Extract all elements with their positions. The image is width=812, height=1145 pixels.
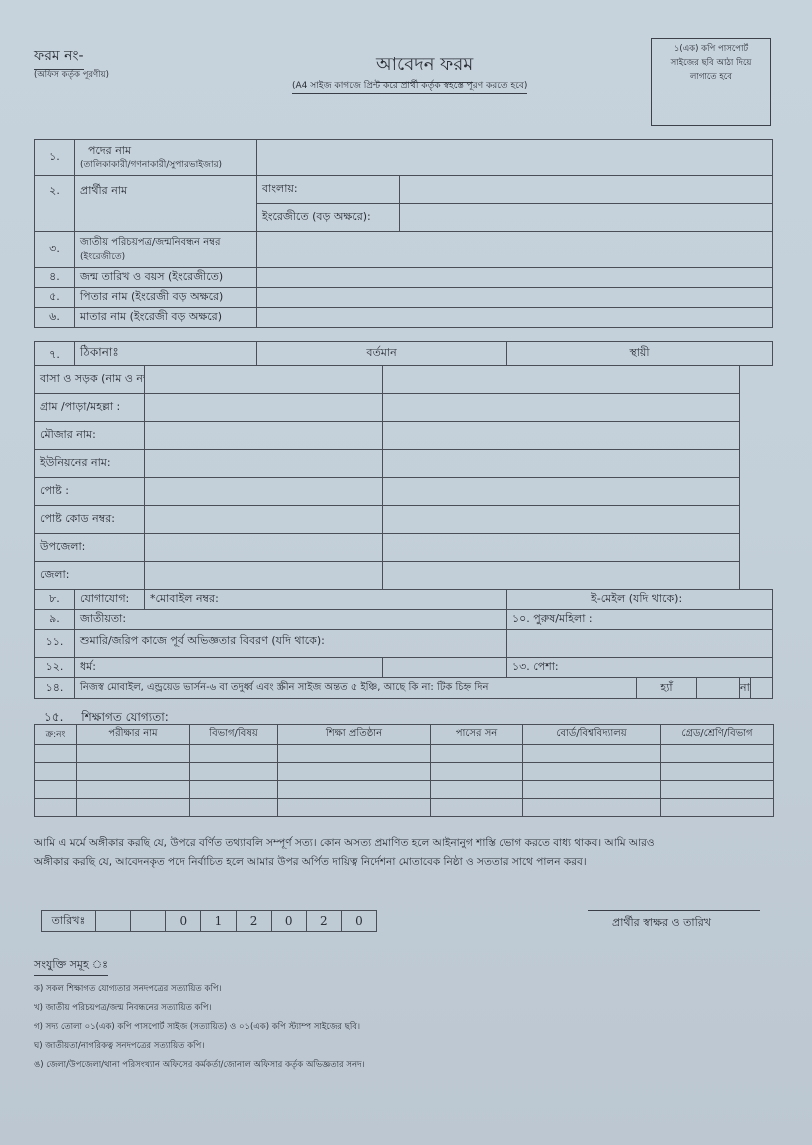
- experience-label: শুমারি/জরিপ কাজে পূর্ব অভিজ্ঞতার বিবরণ (…: [75, 630, 507, 658]
- table-cell[interactable]: [35, 799, 77, 817]
- address-row: উপজেলা:: [35, 534, 773, 562]
- signature-line[interactable]: [588, 910, 760, 911]
- date-row: তারিখঃ 012020: [42, 911, 377, 932]
- present-address-field[interactable]: [145, 450, 383, 478]
- gender-field[interactable]: ১০. পুরুষ/মহিলা :: [507, 610, 773, 630]
- english-name-label: ইংরেজীতে (বড় অক্ষরে):: [257, 204, 400, 232]
- date-digit-box[interactable]: 0: [166, 911, 201, 932]
- personal-info-table: ১. পদের নাম (তালিকাকারী/গণনাকারী/সুপারভা…: [34, 139, 773, 328]
- address-row: জেলা:: [35, 562, 773, 590]
- table-cell[interactable]: [77, 781, 190, 799]
- father-name-label: পিতার নাম (ইংরেজী বড় অক্ষরে): [75, 288, 257, 308]
- table-cell[interactable]: [278, 745, 431, 763]
- row-number: ৩.: [35, 232, 75, 268]
- date-digit-box[interactable]: [131, 911, 166, 932]
- table-cell[interactable]: [35, 763, 77, 781]
- attachment-item: ক) সকল শিক্ষাগত যোগ্যতার সনদপত্রের সত্যা…: [34, 982, 222, 996]
- bangla-name-label: বাংলায়:: [257, 176, 400, 204]
- table-row: [35, 745, 774, 763]
- nationality-field[interactable]: জাতীয়তা:: [75, 610, 507, 630]
- dob-label: জন্ম তারিখ ও বয়স (ইংরেজীতে): [75, 268, 257, 288]
- row-number: ১২.: [35, 658, 75, 678]
- photo-box-text-2: সাইজের ছবি আঠা দিয়ে: [652, 56, 770, 70]
- table-cell[interactable]: [190, 799, 278, 817]
- applicant-name-label: প্রার্থীর নাম: [75, 176, 257, 232]
- row-contact: ৮. যোগাযোগ: *মোবাইল নম্বর: ই-মেইল (যদি থ…: [35, 590, 773, 610]
- present-address-field[interactable]: [145, 534, 383, 562]
- table-row: [35, 799, 774, 817]
- address-label: ঠিকানাঃ: [75, 342, 257, 366]
- table-cell[interactable]: [190, 781, 278, 799]
- mother-name-field[interactable]: [257, 308, 773, 328]
- religion-label: ধর্ম:: [80, 660, 96, 673]
- row-applicant-name: ২. প্রার্থীর নাম বাংলায়:: [35, 176, 773, 204]
- permanent-address-field[interactable]: [383, 366, 740, 394]
- religion-field[interactable]: ধর্ম:: [75, 658, 383, 678]
- mobile-label: *মোবাইল নম্বর:: [150, 592, 219, 605]
- no-checkbox[interactable]: [751, 678, 772, 698]
- column-header: ক্র:নং: [35, 725, 77, 745]
- father-name-field[interactable]: [257, 288, 773, 308]
- address-field-label: উপজেলা:: [35, 534, 145, 562]
- row-number: ৫.: [35, 288, 75, 308]
- row-number: ১.: [35, 140, 75, 176]
- row-post-name: ১. পদের নাম (তালিকাকারী/গণনাকারী/সুপারভা…: [35, 140, 773, 176]
- attachment-item: ঘ) জাতীয়তা/নাগরিকত্ব সনদপত্রের সত্যায়ি…: [34, 1039, 204, 1053]
- date-digit-box[interactable]: 1: [201, 911, 236, 932]
- address-header-row: ৭. ঠিকানাঃ বর্তমান স্থায়ী: [35, 342, 773, 366]
- present-address-field[interactable]: [145, 478, 383, 506]
- photo-box-text-3: লাগাতে হবে: [652, 70, 770, 84]
- address-field-label: বাসা ও সড়ক (নাম ও নম্বর):: [35, 366, 145, 394]
- present-address-field[interactable]: [145, 506, 383, 534]
- post-name-label: পদের নাম (তালিকাকারী/গণনাকারী/সুপারভাইজা…: [75, 140, 257, 176]
- permanent-address-field[interactable]: [383, 450, 740, 478]
- date-label: তারিখঃ: [42, 911, 96, 932]
- table-cell[interactable]: [661, 799, 774, 817]
- label: জাতীয় পরিচয়পত্র/জন্মনিবন্ধন নম্বর: [80, 235, 251, 250]
- table-cell[interactable]: [431, 781, 523, 799]
- mobile-field[interactable]: *মোবাইল নম্বর:: [145, 590, 507, 610]
- date-digit-box[interactable]: 2: [306, 911, 341, 932]
- signature-label: প্রার্থীর স্বাক্ষর ও তারিখ: [612, 914, 711, 933]
- address-row: গ্রাম /পাড়া/মহল্লা :: [35, 394, 773, 422]
- occupation-field[interactable]: ১৩. পেশা:: [507, 658, 773, 678]
- post-name-field[interactable]: [257, 140, 773, 176]
- page-subtitle: (A4 সাইজ কাগজে প্রিন্ট করে প্রার্থী কর্ত…: [292, 78, 527, 94]
- present-address-field[interactable]: [145, 394, 383, 422]
- table-cell[interactable]: [35, 745, 77, 763]
- english-name-field[interactable]: [400, 204, 773, 232]
- smartphone-label: নিজস্ব মোবাইল, এন্ড্রয়েড ভার্সন-৬ বা তদ…: [75, 678, 637, 699]
- religion-value[interactable]: [383, 658, 507, 678]
- present-address-field[interactable]: [145, 366, 383, 394]
- row-number: ৯.: [35, 610, 75, 630]
- column-header: পরীক্ষার নাম: [77, 725, 190, 745]
- table-cell[interactable]: [190, 745, 278, 763]
- address-row: বাসা ও সড়ক (নাম ও নম্বর):: [35, 366, 773, 394]
- address-field-label: পোষ্ট :: [35, 478, 145, 506]
- date-digit-box[interactable]: 2: [236, 911, 271, 932]
- table-cell[interactable]: [190, 763, 278, 781]
- sublabel: (ইংরেজীতে): [80, 250, 251, 265]
- declaration-line-2: অঙ্গীকার করছি যে, আবেদনকৃত পদে নির্বাচিত…: [34, 853, 774, 872]
- permanent-address-field[interactable]: [383, 562, 740, 590]
- table-cell[interactable]: [431, 763, 523, 781]
- present-address-field[interactable]: [145, 562, 383, 590]
- date-digit-box[interactable]: [96, 911, 131, 932]
- row-religion: ১২. ধর্ম: ১৩. পেশা:: [35, 658, 773, 678]
- address-row: পোষ্ট কোড নম্বর:: [35, 506, 773, 534]
- row-number: ২.: [35, 176, 75, 232]
- column-header: গ্রেড/শ্রেণি/বিভাগ: [661, 725, 774, 745]
- education-table: ক্র:নংপরীক্ষার নামবিভাগ/বিষয়শিক্ষা প্রত…: [34, 724, 774, 817]
- date-field: তারিখঃ 012020: [41, 910, 377, 932]
- table-row: [35, 763, 774, 781]
- table-cell[interactable]: [431, 799, 523, 817]
- table-cell[interactable]: [523, 799, 661, 817]
- row-dob: ৪. জন্ম তারিখ ও বয়স (ইংরেজীতে): [35, 268, 773, 288]
- table-cell[interactable]: [661, 763, 774, 781]
- permanent-address-field[interactable]: [383, 478, 740, 506]
- row-number: ৮.: [35, 590, 75, 610]
- table-cell[interactable]: [661, 745, 774, 763]
- table-cell[interactable]: [77, 799, 190, 817]
- attachment-item: গ) সদ্য তোলা ০১(এক) কপি পাসপোর্ট সাইজ (স…: [34, 1020, 360, 1034]
- address-field-label: পোষ্ট কোড নম্বর:: [35, 506, 145, 534]
- table-cell[interactable]: [523, 763, 661, 781]
- nationality-label: জাতীয়তা:: [80, 612, 126, 625]
- attachment-item: ঙ) জেলা/উপজেলা/থানা পরিসংখ্যান অফিসের কর…: [34, 1058, 365, 1072]
- column-header: শিক্ষা প্রতিষ্ঠান: [278, 725, 431, 745]
- table-cell[interactable]: [35, 781, 77, 799]
- column-header: বিভাগ/বিষয়: [190, 725, 278, 745]
- attachments-title: সংযুক্তি সমূহ ঃ: [34, 956, 108, 976]
- photo-box[interactable]: ১(এক) কপি পাসপোর্ট সাইজের ছবি আঠা দিয়ে …: [651, 38, 771, 126]
- row-nid: ৩. জাতীয় পরিচয়পত্র/জন্মনিবন্ধন নম্বর (…: [35, 232, 773, 268]
- photo-box-text-1: ১(এক) কপি পাসপোর্ট: [652, 42, 770, 56]
- email-field[interactable]: ই-মেইল (যদি থাকে):: [507, 590, 773, 610]
- present-address-header: বর্তমান: [257, 342, 507, 366]
- experience-field[interactable]: [507, 630, 773, 658]
- row-nationality: ৯. জাতীয়তা: ১০. পুরুষ/মহিলা :: [35, 610, 773, 630]
- declaration: আমি এ মর্মে অঙ্গীকার করছি যে, উপরে বর্ণি…: [34, 834, 774, 872]
- row-number: ১৪.: [35, 678, 75, 699]
- permanent-address-header: স্থায়ী: [507, 342, 773, 366]
- table-cell[interactable]: [278, 763, 431, 781]
- table-cell[interactable]: [77, 763, 190, 781]
- table-cell[interactable]: [661, 781, 774, 799]
- row-number: ৬.: [35, 308, 75, 328]
- address-row: মৌজার নাম:: [35, 422, 773, 450]
- form-number-label: ফরম নং-: [34, 44, 84, 70]
- table-row: [35, 781, 774, 799]
- row-father-name: ৫. পিতার নাম (ইংরেজী বড় অক্ষরে): [35, 288, 773, 308]
- email-label: ই-মেইল (যদি থাকে):: [591, 592, 682, 605]
- no-group: না: [740, 678, 772, 698]
- date-digit-box[interactable]: 0: [341, 911, 376, 932]
- section-number: ১৫.: [44, 710, 63, 724]
- mother-name-label: মাতার নাম (ইংরেজী বড় অক্ষরে): [75, 308, 257, 328]
- yes-label: হ্যাঁ: [637, 678, 697, 699]
- table-cell[interactable]: [523, 745, 661, 763]
- table-cell[interactable]: [278, 781, 431, 799]
- sublabel: (তালিকাকারী/গণনাকারী/সুপারভাইজার): [80, 158, 251, 173]
- row-smartphone: ১৪. নিজস্ব মোবাইল, এন্ড্রয়েড ভার্সন-৬ ব…: [35, 678, 773, 699]
- permanent-address-field[interactable]: [383, 534, 740, 562]
- contact-label: যোগাযোগ:: [75, 590, 145, 610]
- column-header: বোর্ড/বিশ্ববিদ্যালয়: [523, 725, 661, 745]
- occupation-label: ১৩. পেশা:: [512, 660, 559, 673]
- row-mother-name: ৬. মাতার নাম (ইংরেজী বড় অক্ষরে): [35, 308, 773, 328]
- no-label: না: [740, 678, 751, 698]
- permanent-address-field[interactable]: [383, 506, 740, 534]
- dob-field[interactable]: [257, 268, 773, 288]
- address-field-label: জেলা:: [35, 562, 145, 590]
- address-field-label: ইউনিয়নের নাম:: [35, 450, 145, 478]
- date-digit-box[interactable]: 0: [271, 911, 306, 932]
- address-field-label: মৌজার নাম:: [35, 422, 145, 450]
- section-title: শিক্ষাগত যোগ্যতা:: [81, 710, 169, 724]
- row-number: ৭.: [35, 342, 75, 366]
- present-address-field[interactable]: [145, 422, 383, 450]
- permanent-address-field[interactable]: [383, 394, 740, 422]
- address-field-label: গ্রাম /পাড়া/মহল্লা :: [35, 394, 145, 422]
- declaration-line-1: আমি এ মর্মে অঙ্গীকার করছি যে, উপরে বর্ণি…: [34, 834, 774, 853]
- permanent-address-field[interactable]: [383, 422, 740, 450]
- label: পদের নাম: [80, 143, 251, 158]
- yes-checkbox[interactable]: [697, 678, 740, 699]
- form-number-note: (অফিস কর্তৃক পূরণীয়): [34, 68, 109, 82]
- bangla-name-field[interactable]: [400, 176, 773, 204]
- table-cell[interactable]: [523, 781, 661, 799]
- row-experience: ১১. শুমারি/জরিপ কাজে পূর্ব অভিজ্ঞতার বিব…: [35, 630, 773, 658]
- row-number: ৪.: [35, 268, 75, 288]
- education-header-row: ক্র:নংপরীক্ষার নামবিভাগ/বিষয়শিক্ষা প্রত…: [35, 725, 774, 745]
- column-header: পাসের সন: [431, 725, 523, 745]
- nid-boxes: [257, 232, 773, 268]
- nid-label: জাতীয় পরিচয়পত্র/জন্মনিবন্ধন নম্বর (ইংর…: [75, 232, 257, 268]
- address-row: ইউনিয়নের নাম:: [35, 450, 773, 478]
- attachment-item: খ) জাতীয় পরিচয়পত্র/জন্ম নিবন্ধনের সত্য…: [34, 1001, 212, 1015]
- table-cell[interactable]: [77, 745, 190, 763]
- address-table: ৭. ঠিকানাঃ বর্তমান স্থায়ী বাসা ও সড়ক (…: [34, 341, 773, 699]
- table-cell[interactable]: [431, 745, 523, 763]
- row-number: ১১.: [35, 630, 75, 658]
- gender-label: ১০. পুরুষ/মহিলা :: [512, 612, 593, 625]
- address-row: পোষ্ট :: [35, 478, 773, 506]
- table-cell[interactable]: [278, 799, 431, 817]
